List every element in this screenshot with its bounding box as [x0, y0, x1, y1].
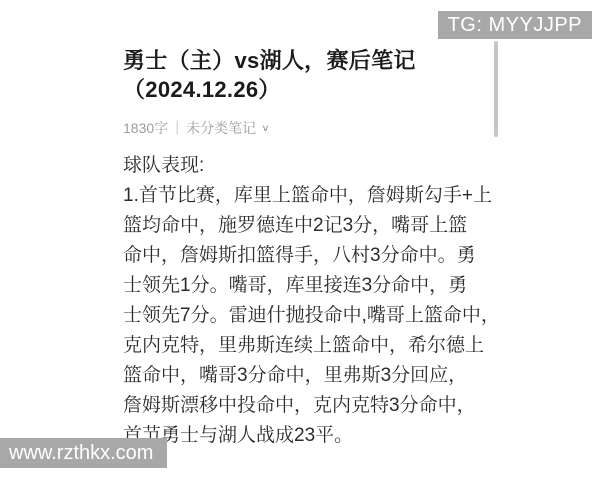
body-line: 士领先1分。嘴哥，库里接连3分命中，勇 — [123, 271, 493, 301]
body-line: 篮均命中，施罗德连中2记3分，嘴哥上篮 — [123, 211, 493, 241]
chevron-down-icon: ∨ — [261, 120, 270, 136]
scrollbar-thumb[interactable] — [494, 41, 498, 137]
meta-separator: ｜ — [170, 118, 184, 138]
body-line: 詹姆斯漂移中投命中，克内克特3分命中， — [123, 391, 493, 421]
note-meta: 1830字 ｜ 未分类笔记 ∨ — [123, 118, 493, 138]
category-label: 未分类笔记 — [186, 118, 256, 138]
body-line: 士领先7分。雷迪什抛投命中,嘴哥上篮命中， — [123, 301, 493, 331]
body-line: 球队表现: — [123, 151, 493, 181]
note-title-line2: （2024.12.26） — [123, 75, 493, 104]
body-line: 1.首节比赛，库里上篮命中，詹姆斯勾手+上 — [123, 181, 493, 211]
word-count: 1830字 — [123, 118, 168, 138]
category-dropdown[interactable]: 未分类笔记 ∨ — [186, 118, 270, 138]
tg-contact-badge: TG: MYYJJPP — [438, 11, 592, 39]
note-body: 球队表现: 1.首节比赛，库里上篮命中，詹姆斯勾手+上 篮均命中，施罗德连中2记… — [123, 151, 493, 451]
note-title-line1: 勇士（主）vs湖人，赛后笔记 — [123, 46, 493, 75]
body-line: 篮命中，嘴哥3分命中，里弗斯3分回应， — [123, 361, 493, 391]
note-title: 勇士（主）vs湖人，赛后笔记 （2024.12.26） — [123, 46, 493, 104]
body-line: 克内克特，里弗斯连续上篮命中，希尔德上 — [123, 331, 493, 361]
body-line: 命中，詹姆斯扣篮得手，八村3分命中。勇 — [123, 241, 493, 271]
watermark: www.rzthkx.com — [0, 438, 167, 468]
note-content: 勇士（主）vs湖人，赛后笔记 （2024.12.26） 1830字 ｜ 未分类笔… — [123, 46, 493, 451]
body-line: 首节勇士与湖人战成23平。 — [123, 421, 493, 451]
